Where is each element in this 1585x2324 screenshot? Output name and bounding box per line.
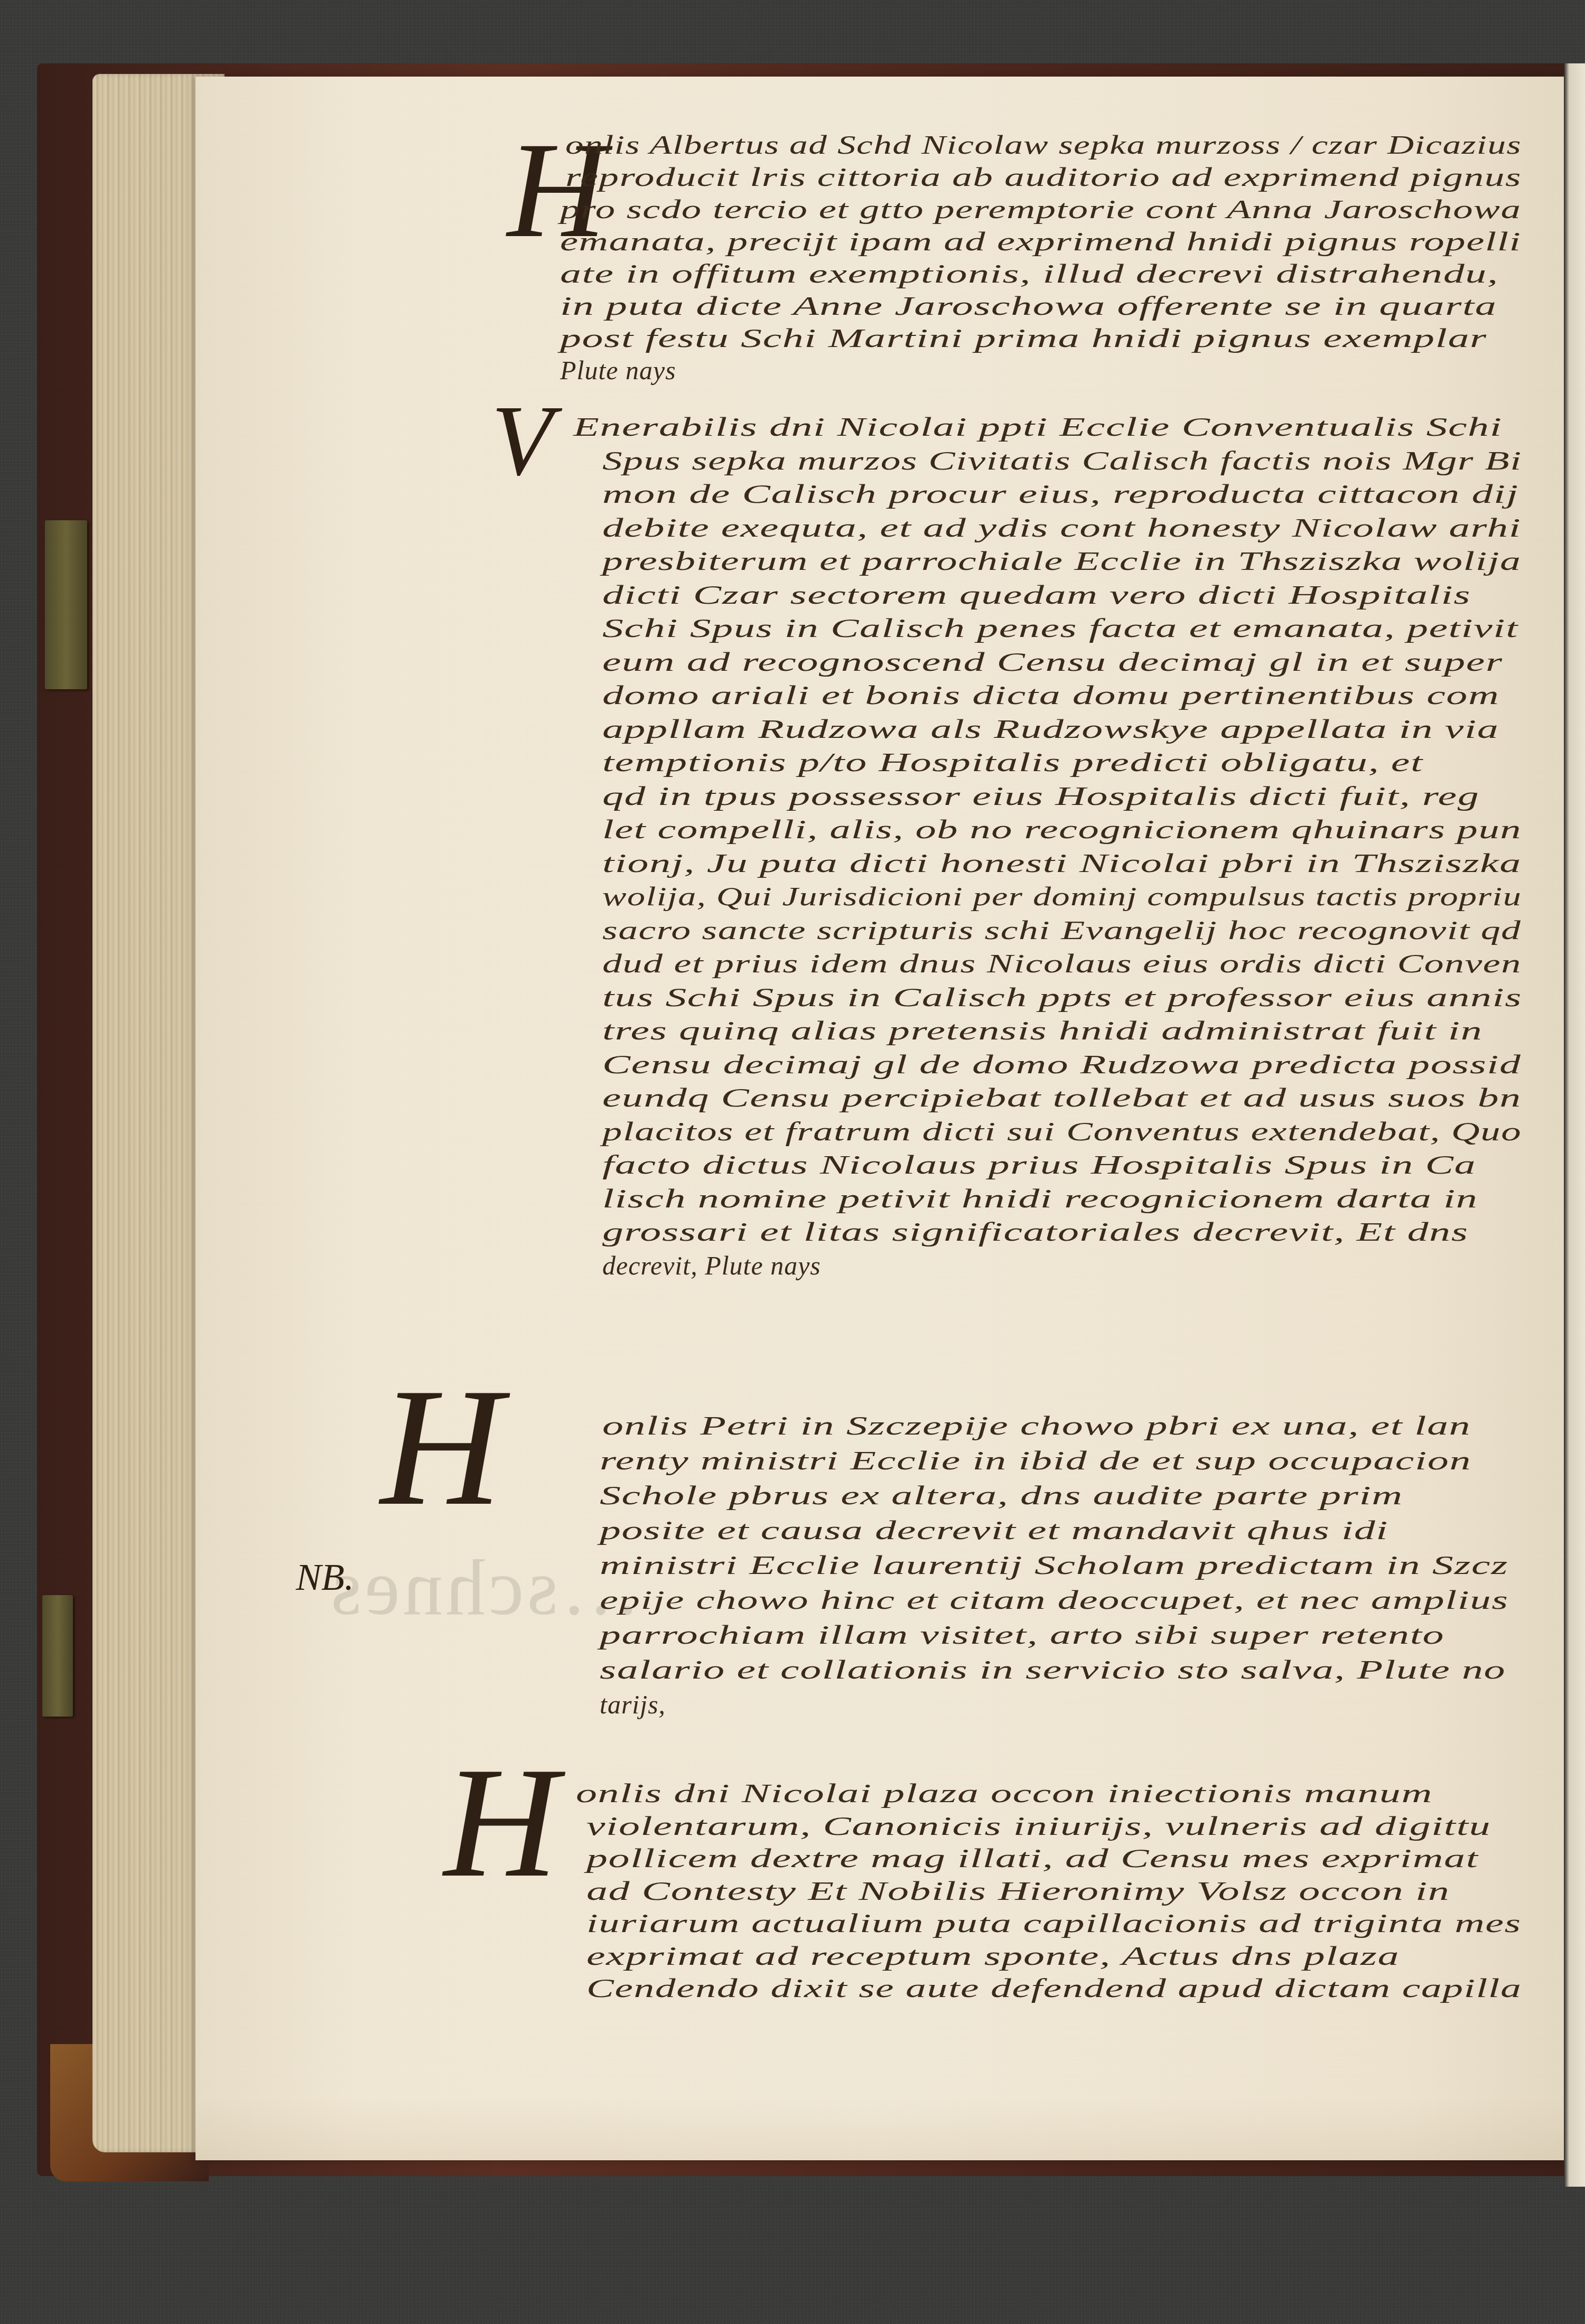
manuscript-line: dud et prius idem dnus Nicolaus eius ord… [602,948,1522,979]
manuscript-line: salario et collationis in servicio sto s… [600,1654,1506,1685]
manuscript-line: Plute nays [560,355,676,386]
manuscript-line: epije chowo hinc et citam deoccupet, et … [600,1585,1508,1615]
manuscript-line: debite exequta, et ad ydis cont honesty … [602,512,1521,543]
manuscript-line: Cendendo dixit se aute defendend apud di… [586,1973,1522,2003]
entry-initial-h: H [444,1743,558,1901]
manuscript-line: presbiterum et parrochiale Ecclie in Ths… [602,546,1522,576]
manuscript-line: ad Contesty Et Nobilis Hieronimy Volsz o… [586,1876,1450,1906]
manuscript-line: tus Schi Spus in Calisch ppts et profess… [602,982,1522,1013]
manuscript-line: violentarum, Canonicis iniurijs, vulneri… [586,1811,1491,1841]
manuscript-line: dicti Czar sectorem quedam vero dicti Ho… [602,579,1471,610]
manuscript-line: domo ariali et bonis dicta domu pertinen… [602,680,1499,710]
manuscript-line: eum ad recognoscend Censu decimaj gl in … [602,646,1503,677]
manuscript-line: mon de Calisch procur eius, reproducta c… [602,479,1519,509]
manuscript-line: eundq Censu percipiebat tollebat et ad u… [602,1082,1522,1113]
manuscript-line: qd in tpus possessor eius Hospitalis dic… [602,781,1479,811]
manuscript-line: sacro sancte scripturis schi Evangelij h… [602,915,1521,945]
manuscript-line: let compelli, alis, ob no recognicionem … [602,814,1522,845]
manuscript-line: renty ministri Ecclie in ibid de et sup … [600,1445,1471,1476]
margin-note-nb: NB. [296,1555,354,1599]
manuscript-line: onlis Albertus ad Schd Nicolaw sepka mur… [565,129,1522,160]
manuscript-line: tarijs, [600,1689,666,1720]
manuscript-line: wolija, Qui Jurisdicioni per dominj comp… [602,881,1522,912]
manuscript-line: in puta dicte Anne Jaroschowa offerente … [560,290,1497,321]
manuscript-line: onlis Petri in Szczepije chowo pbri ex u… [602,1410,1471,1441]
manuscript-line: Censu decimaj gl de domo Rudzowa predict… [602,1049,1521,1080]
manuscript-line: iuriarum actualium puta capillacionis ad… [586,1908,1522,1938]
manuscript-line: tionj, Ju puta dicti honesti Nicolai pbr… [602,848,1522,878]
manuscript-line: Spus sepka murzos Civitatis Calisch fact… [602,445,1522,476]
manuscript-line: posite et causa decrevit et mandavit qhu… [600,1515,1388,1545]
bleed-through-text: …schnes [328,1542,640,1633]
manuscript-line: ate in offitum exemptionis, illud decrev… [560,258,1499,289]
manuscript-line: temptionis p/to Hospitalis predicti obli… [602,747,1423,777]
manuscript-line: exprimat ad receptum sponte, Actus dns p… [586,1941,1400,1971]
manuscript-line: parrochiam illam visitet, arto sibi supe… [600,1619,1444,1650]
manuscript-line: Schi Spus in Calisch penes facta et eman… [602,613,1518,643]
manuscript-line: pro scdo tercio et gtto peremptorie cont… [560,194,1521,224]
manuscript-line: onlis dni Nicolai plaza occon iniectioni… [576,1778,1433,1808]
manuscript-line: reproducit lris cittoria ab auditorio ad… [565,162,1522,192]
manuscript-line: emanata, precijt ipam ad exprimend hnidi… [560,226,1521,257]
manuscript-line: facto dictus Nicolaus prius Hospitalis S… [602,1149,1476,1180]
entry-initial-h: H [380,1363,502,1532]
brass-clasp-upper [45,520,87,689]
entry-initial-v: V [491,391,553,491]
manuscript-line: post festu Schi Martini prima hnidi pign… [560,323,1487,353]
manuscript-line: Enerabilis dni Nicolai ppti Ecclie Conve… [573,411,1503,442]
facing-page-gutter [1564,63,1585,2187]
manuscript-line: pollicem dextre mag illati, ad Censu mes… [586,1843,1479,1873]
manuscript-line: tres quinq alias pretensis hnidi adminis… [602,1015,1483,1046]
manuscript-line: lisch nomine petivit hnidi recognicionem… [602,1183,1478,1214]
manuscript-line: decrevit, Plute nays [602,1250,821,1281]
manuscript-line: Schole pbrus ex altera, dns audite parte… [600,1480,1403,1511]
manuscript-line: grossari et litas significatoriales decr… [602,1216,1468,1247]
manuscript-line: appllam Rudzowa als Rudzowskye appellata… [602,714,1499,744]
manuscript-line: placitos et fratrum dicti sui Conventus … [602,1116,1522,1147]
brass-clasp-lower [42,1595,73,1717]
manuscript-line: ministri Ecclie laurentij Scholam predic… [600,1550,1508,1580]
